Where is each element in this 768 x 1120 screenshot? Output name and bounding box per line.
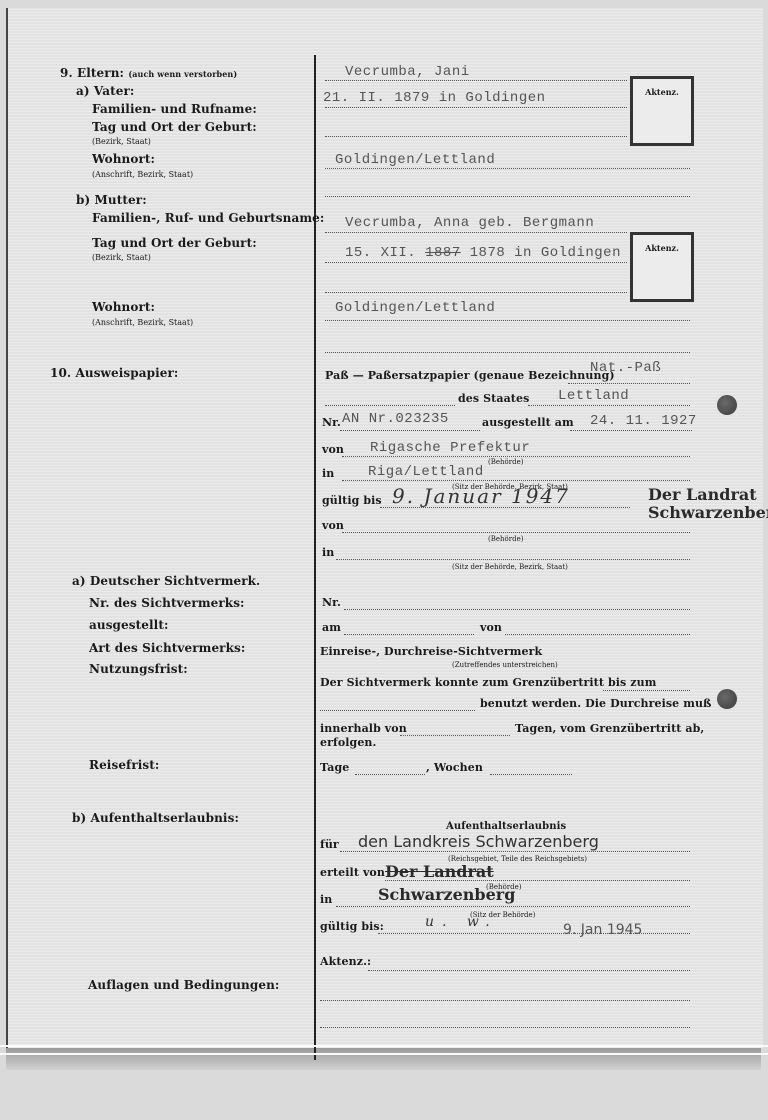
von2-line [342,532,690,533]
bottom-rule [0,1045,768,1047]
mother-name-value: Vecrumba, Anna geb. Bergmann [345,215,594,231]
visa-usage-text-4: erfolgen. [320,736,376,749]
permit-issuer-stamp: Der Landrat [385,863,494,881]
valid-label: gültig bis [322,494,382,507]
visa-days-line [400,735,510,736]
permit-issuer-label: erteilt von [320,866,385,879]
father-residence-line-2 [325,196,690,197]
state-label: des Staates [458,392,529,405]
mother-birth-hint: (Bezirk, Staat) [92,253,151,262]
visa-heading: a) Deutscher Sichtvermerk. [72,574,260,588]
page-shadow [6,1048,761,1070]
passport-value: Nat.-Paß [590,360,661,376]
permit-valid-marks: u. w. [425,914,498,930]
section10-heading: 10. Ausweispapier: [50,366,178,380]
father-residence-line [325,168,690,169]
visa-usage-line-2 [320,710,475,711]
visa-usage-line-1 [603,690,690,691]
travel-weeks-label: , Wochen [426,761,483,774]
issued-label: ausgestellt am [482,416,574,429]
travel-weeks-line [490,774,572,775]
visa-von-label: von [480,621,502,634]
mother-residence-label: Wohnort: [92,300,155,314]
visa-nr-label: Nr. des Sichtvermerks: [89,596,245,610]
visa-travel-label: Reisefrist: [89,758,159,772]
punch-hole-bottom [717,689,737,709]
mother-label: b) Mutter: [76,193,147,207]
visa-von-line [505,634,690,635]
visa-usage-label: Nutzungsfrist: [89,662,188,676]
father-birth-hint: (Bezirk, Staat) [92,137,151,146]
column-divider [314,55,316,1060]
passport-nr-line [340,430,480,431]
bottom-rule-2 [0,1053,768,1055]
visa-usage-text-3a: innerhalb von [320,722,407,735]
travel-days-line [355,774,425,775]
father-birth-line-2 [325,136,627,137]
visa-nr-line [344,609,690,610]
issuer-value: Rigasche Prefektur [370,440,530,456]
state-value: Lettland [558,388,629,404]
visa-usage-text-3b: Tagen, vom Grenzübertritt ab, [515,722,704,735]
issuer-hint: (Behörde) [488,458,523,466]
permit-valid-line [378,933,690,934]
residence-permit-heading: b) Aufenthaltserlaubnis: [72,811,239,825]
travel-days-label: Tage [320,761,349,774]
mother-name-line [325,232,627,233]
permit-for-value: den Landkreis Schwarzenberg [358,832,599,851]
father-file-box: Aktenz. [630,76,694,146]
in2-hint: (Sitz der Behörde, Bezirk, Staat) [452,563,568,571]
in2-line [336,559,690,560]
landrat-stamp: Der LandratSchwarzenberg [648,486,768,522]
conditions-line-2 [320,1000,690,1001]
permit-valid-label: gültig bis: [320,920,384,933]
mother-birth-value: 15. XII. 1887 1878 in Goldingen [345,245,621,261]
state-line [528,405,690,406]
father-residence-label: Wohnort: [92,152,155,166]
valid-value-handwritten: 9. Januar 1947 [392,484,570,508]
conditions-line-3 [320,1027,690,1028]
visa-am-label: am [322,621,341,634]
visa-type-hint: (Zutreffendes unterstreichen) [452,661,558,669]
father-name-line [325,80,627,81]
father-birth-value: 21. II. 1879 in Goldingen [323,90,546,106]
issuer-place-line [342,480,690,481]
mother-birth-line [325,262,627,263]
permit-place-label: in [320,893,332,906]
residence-permit-title: Aufenthaltserlaubnis [446,821,566,832]
permit-place-line [336,906,690,907]
father-residence-value: Goldingen/Lettland [335,152,495,168]
mother-residence-line-2 [325,352,690,353]
father-residence-hint: (Anschrift, Bezirk, Staat) [92,170,193,179]
mother-residence-hint: (Anschrift, Bezirk, Staat) [92,318,193,327]
father-name-value: Vecrumba, Jani [345,64,470,80]
visa-usage-text-2: benutzt werden. Die Durchreise muß [480,697,712,710]
father-name-label: Familien- und Rufname: [92,102,257,116]
state-pre-line [325,405,455,406]
visa-nr-field-label: Nr. [322,596,341,609]
issuer-label: von [322,443,344,456]
visa-type-options: Einreise-, Durchreise-Sichtvermerk [320,645,542,658]
permit-valid-value: 9. Jan 1945 [563,922,642,938]
mother-name-label: Familien-, Ruf- und Geburtsname: [92,211,324,225]
issued-line [570,430,692,431]
mother-birth-line-2 [325,292,627,293]
father-birth-label: Tag und Ort der Geburt: [92,120,257,134]
father-label: a) Vater: [76,84,134,98]
visa-type-label: Art des Sichtvermerks: [89,641,245,655]
section9-heading: 9. Eltern: (auch wenn verstorben) [60,66,237,80]
conditions-heading: Auflagen und Bedingungen: [88,978,279,992]
passport-nr-value: AN Nr.023235 [342,411,449,427]
passport-nr-label: Nr. [322,416,341,429]
issued-value: 24. 11. 1927 [590,413,697,429]
von2-hint: (Behörde) [488,535,523,543]
von2-label: von [322,519,344,532]
issuer-line [342,456,690,457]
passport-line [568,383,690,384]
permit-place-stamp: Schwarzenberg [378,886,515,904]
conditions-line-1 [368,970,690,971]
visa-issued-label: ausgestellt: [89,618,169,632]
mother-residence-line [325,320,690,321]
in2-label: in [322,546,334,559]
punch-hole-top [717,395,737,415]
permit-for-line [340,851,690,852]
issuer-place-label: in [322,467,334,480]
issuer-place-value: Riga/Lettland [368,464,484,480]
visa-am-line [344,634,474,635]
permit-for-label: für [320,838,339,851]
conditions-file-label: Aktenz.: [320,955,371,968]
mother-file-box: Aktenz. [630,232,694,302]
father-birth-line [325,107,627,108]
visa-usage-text-1: Der Sichtvermerk konnte zum Grenzübertri… [320,676,656,689]
mother-residence-value: Goldingen/Lettland [335,300,495,316]
mother-birth-label: Tag und Ort der Geburt: [92,236,257,250]
passport-label: Paß — Paßersatzpapier (genaue Bezeichnun… [325,369,615,382]
